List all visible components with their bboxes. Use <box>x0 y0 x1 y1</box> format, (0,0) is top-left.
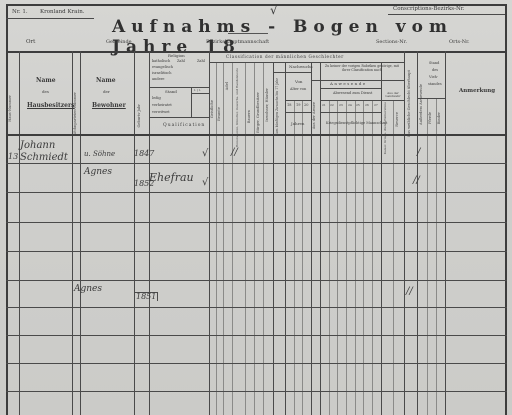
row-line <box>6 192 507 193</box>
entry-mark: // <box>413 176 420 186</box>
subcol-line <box>329 100 330 415</box>
col-line <box>445 51 446 415</box>
entry-check: // <box>231 148 238 158</box>
reserve-header: Reserve <box>396 112 400 127</box>
religion-row: evangelisch <box>152 66 173 70</box>
age-col: 18 <box>287 104 291 108</box>
row-line <box>6 280 507 281</box>
row-line <box>6 335 507 336</box>
jahren-label: Jahren <box>291 122 304 126</box>
age-col: 20 <box>304 104 308 108</box>
qualification-label: Qualification <box>163 124 205 129</box>
col-line <box>19 51 20 415</box>
landwehr-label: Aus der Landwehr <box>383 92 403 98</box>
entry-bewohner: u. Söhne <box>84 151 115 158</box>
thiere-label: des <box>432 69 438 73</box>
stand-row: verwitwet <box>152 111 170 115</box>
religion-row: israelitisch <box>152 72 172 76</box>
col-line <box>404 51 405 415</box>
inner-header-line <box>320 100 404 101</box>
hausbesitzer-des-label: des <box>42 90 49 94</box>
sections-label: Sections-Nr. <box>376 40 407 45</box>
inner-col: 21 <box>322 104 326 107</box>
weibliche-header: Das weibliche Geschlecht überhaupt <box>408 70 412 137</box>
stand-title: Stand <box>165 90 177 94</box>
census-form-sheet: Nr. 1. Kronland Krain. Conscriptions-Bez… <box>0 0 512 415</box>
conscription-district-label: Conscriptions-Bezirks-Nr. <box>393 7 465 13</box>
inner-col: 23 <box>339 104 343 107</box>
header-bottom-line <box>6 134 507 136</box>
religion-row: andere <box>152 78 164 82</box>
entry-check: √ <box>202 178 208 188</box>
subcol-line <box>393 100 394 415</box>
conscription-underline <box>388 14 505 15</box>
kaiser-kriegsdienst-header: Kaiser. Kriegs- dienst Einberufene <box>384 102 387 154</box>
subcol-line <box>363 100 364 415</box>
class-col-bauern: Bauern <box>248 110 252 123</box>
gemeinde-label: Gemeinde <box>106 40 132 45</box>
subcol-line <box>337 100 338 415</box>
class-col-zuwachs: Zum künftigen Zuwachs bis 17 Jahr <box>276 78 279 136</box>
nachwuchs-line <box>273 72 311 73</box>
row-line <box>6 163 507 164</box>
thiere-label: standes <box>428 83 442 87</box>
entry-check: √ <box>202 149 208 159</box>
crownland: Kronland Krain. <box>40 10 85 16</box>
bewohner-label: Bewohner <box>92 103 126 109</box>
anwesend-line <box>320 88 381 89</box>
inner-cols-line <box>320 112 381 113</box>
von-jahren-line <box>285 100 311 101</box>
orts-label: Orts-Nr. <box>449 40 470 45</box>
subcol-line <box>355 100 356 415</box>
class-col-honoratioren: Honoratioren, Künstler, Gewerbs- und Han… <box>236 68 239 147</box>
frame-left <box>6 4 8 415</box>
aus-der-armee-header: Aus der Armee <box>313 102 317 129</box>
abwesend-label: Abwesend zum Dienst <box>333 92 372 96</box>
subcol-line <box>436 98 437 415</box>
inner-col: 25 <box>356 104 360 107</box>
entry-qualification: Ehefrau <box>149 172 194 183</box>
class-col-adel: Adel <box>226 82 230 90</box>
bezirk-label: Bezirkshauptmannschaft <box>206 40 269 45</box>
stand-row: ledig <box>152 97 161 101</box>
title-underline <box>228 33 268 34</box>
entry-geburtsjahr: 1851 <box>134 292 158 301</box>
entry-geburtsjahr: 1847 <box>134 150 154 158</box>
stand-bottom-line <box>149 117 209 118</box>
classification-title: Classification der männlichen Geschlecht… <box>226 55 344 59</box>
entry-hausbesitzer: Johann Schmiedt <box>20 140 70 163</box>
stand-row: verheiratet <box>152 104 172 108</box>
hausbesitzer-name-label: Name <box>36 78 56 84</box>
religion-col: Zahl <box>197 60 205 64</box>
subcol-line <box>372 100 373 415</box>
inner-col: 22 <box>330 104 334 107</box>
zu-keiner-label: Zu keiner der vorigen Rubriken gehörige,… <box>322 64 402 72</box>
col-line <box>134 51 135 415</box>
thiere-label: Vieh- <box>429 76 438 80</box>
religion-row: katholisch <box>152 60 170 64</box>
von-label: Von <box>295 80 303 84</box>
haus-nummer-header: Haus-Nummer <box>9 95 13 122</box>
frame-right <box>505 4 507 415</box>
ausserdem-header: Außerdem Anwesende <box>420 84 424 125</box>
entry-haus-nummer: 13 <box>8 153 18 161</box>
row-line <box>6 363 507 364</box>
entry-bewohner: Agnes <box>84 168 112 177</box>
nachwuchs-label: Nachwuchs <box>289 65 313 69</box>
form-number: Nr. 1. <box>12 10 28 16</box>
class-col-beamte: Beamte <box>218 107 222 121</box>
inner-col: 24 <box>348 104 352 107</box>
geburtsjahr-header: Geburts-Jahr <box>138 104 142 127</box>
class-col-geistliche: Geistliche <box>211 100 215 118</box>
row-line <box>6 251 507 252</box>
subcol-line <box>346 100 347 415</box>
alter-label: Alter von <box>290 88 306 92</box>
entry-mark: // <box>406 287 413 297</box>
pferde-header: Pferde <box>429 112 433 124</box>
row-line <box>6 222 507 223</box>
subcol-line <box>302 100 303 415</box>
anmerkung-label: Anmerkung <box>459 89 495 95</box>
row-line <box>6 307 507 308</box>
bewohner-der-label: der <box>103 90 110 94</box>
crownland-underline <box>6 18 94 19</box>
hausbesitzer-label: Hausbesitzers <box>27 103 75 109</box>
entry-mark: / <box>417 148 420 158</box>
subcol-line <box>294 100 295 415</box>
classification-title-line <box>209 62 404 63</box>
stand-col: l. | l. <box>194 89 201 92</box>
col-line <box>149 51 150 415</box>
header-top-line <box>6 51 507 53</box>
bewohner-name-label: Name <box>96 78 116 84</box>
class-col-buerger: Bürger, Grundbesitzer <box>257 92 261 133</box>
stand-divider <box>191 87 192 117</box>
col-line <box>80 51 81 415</box>
age-col: 19 <box>296 104 300 108</box>
kriegsdienst-label: Kriegsdienstpflichtige Mannschaft <box>326 122 387 126</box>
religion-col: Zahl <box>177 60 185 64</box>
thiere-label: Stand <box>429 62 439 66</box>
inner-col: 26 <box>365 104 369 107</box>
check-mark-top: √ <box>270 4 278 16</box>
inner-col: 27 <box>374 104 378 107</box>
subcol-line <box>427 98 428 415</box>
ort-label: Ort <box>26 40 35 46</box>
entry-bewohner: Agnes <box>74 285 102 294</box>
religion-title: Religion <box>168 54 185 58</box>
rinder-header: Rinder <box>438 112 442 124</box>
row-line <box>6 391 507 392</box>
age-cols-line <box>285 112 311 113</box>
col-line <box>417 51 418 415</box>
class-col-inwohner: Inwohner, Häusler <box>266 88 270 122</box>
stand-col-line <box>191 93 209 94</box>
anwesend-label: Anwesende <box>330 82 367 86</box>
wohnpartei-header: Wohnparteien-Nummer <box>74 92 78 135</box>
